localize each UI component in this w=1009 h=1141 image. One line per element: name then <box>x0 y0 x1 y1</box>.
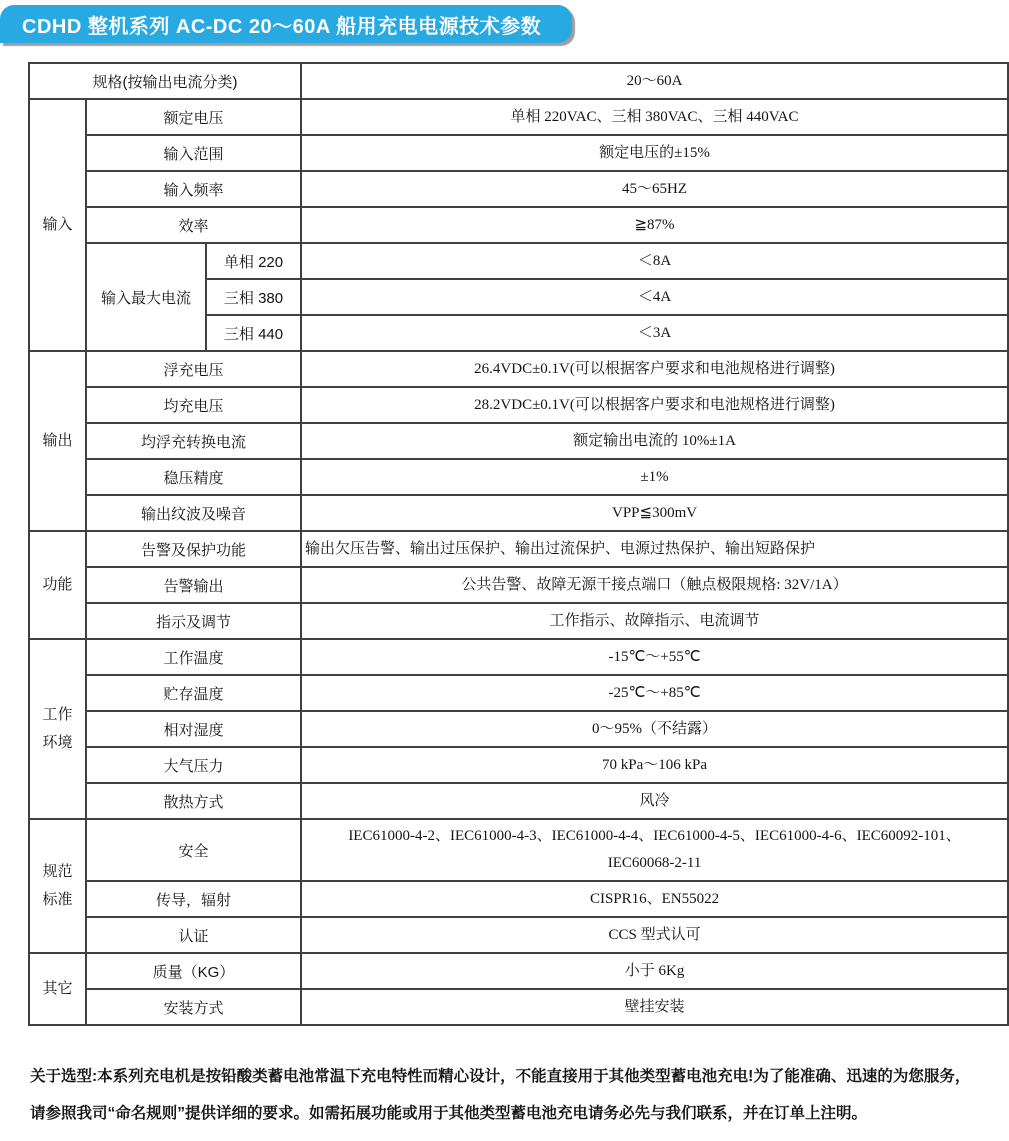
param-sublabel-cell: 单相 220 <box>206 243 301 279</box>
table-row: 安装方式壁挂安装 <box>29 989 1008 1025</box>
param-label-cell: 浮充电压 <box>86 351 301 387</box>
param-value-cell: -25℃～+85℃ <box>301 675 1008 711</box>
table-row: 均充电压28.2VDC±0.1V(可以根据客户要求和电池规格进行调整) <box>29 387 1008 423</box>
param-value-cell: 20～60A <box>301 63 1008 99</box>
param-value-cell: IEC61000-4-2、IEC61000-4-3、IEC61000-4-4、I… <box>301 819 1008 881</box>
param-label-cell: 安全 <box>86 819 301 881</box>
param-label-cell: 均浮充转换电流 <box>86 423 301 459</box>
param-value-cell: 45～65HZ <box>301 171 1008 207</box>
param-value-cell: VPP≦300mV <box>301 495 1008 531</box>
group-cell: 规范 标准 <box>29 819 86 953</box>
param-value-cell: 风冷 <box>301 783 1008 819</box>
param-value-cell: 额定电压的±15% <box>301 135 1008 171</box>
param-label-cell: 认证 <box>86 917 301 953</box>
param-value-cell: CCS 型式认可 <box>301 917 1008 953</box>
param-label-cell: 额定电压 <box>86 99 301 135</box>
page-title: CDHD 整机系列 AC-DC 20～60A 船用充电电源技术参数 <box>22 10 541 39</box>
footer-line-1: 关于选型:本系列充电机是按铅酸类蓄电池常温下充电特性而精心设计，不能直接用于其他… <box>30 1066 985 1088</box>
group-cell: 功能 <box>29 531 86 639</box>
param-label-cell: 均充电压 <box>86 387 301 423</box>
table-row: 认证CCS 型式认可 <box>29 917 1008 953</box>
param-label-cell: 贮存温度 <box>86 675 301 711</box>
param-label-cell: 输入范围 <box>86 135 301 171</box>
param-label-cell: 稳压精度 <box>86 459 301 495</box>
param-label-cell: 告警输出 <box>86 567 301 603</box>
spec-table: 规格(按输出电流分类)20～60A输入额定电压单相 220VAC、三相 380V… <box>28 62 1009 1026</box>
param-value-cell: 工作指示、故障指示、电流调节 <box>301 603 1008 639</box>
group-cell: 其它 <box>29 953 86 1025</box>
footer-line-2: 请参照我司“命名规则”提供详细的要求。如需拓展功能或用于其他类型蓄电池充电请务必… <box>30 1103 985 1125</box>
param-value-cell: ＜8A <box>301 243 1008 279</box>
table-row: 输入额定电压单相 220VAC、三相 380VAC、三相 440VAC <box>29 99 1008 135</box>
param-label-cell: 规格(按输出电流分类) <box>29 63 301 99</box>
param-label-cell: 传导，辐射 <box>86 881 301 917</box>
table-row: 指示及调节工作指示、故障指示、电流调节 <box>29 603 1008 639</box>
param-label-cell: 告警及保护功能 <box>86 531 301 567</box>
page: CDHD 整机系列 AC-DC 20～60A 船用充电电源技术参数 规格(按输出… <box>0 5 1009 1126</box>
table-row: 输出浮充电压26.4VDC±0.1V(可以根据客户要求和电池规格进行调整) <box>29 351 1008 387</box>
table-row: 散热方式风冷 <box>29 783 1008 819</box>
param-value-cell: ≧87% <box>301 207 1008 243</box>
param-value-cell: 28.2VDC±0.1V(可以根据客户要求和电池规格进行调整) <box>301 387 1008 423</box>
param-sublabel-cell: 三相 380 <box>206 279 301 315</box>
table-row: 相对湿度0～95%（不结露） <box>29 711 1008 747</box>
group-cell: 输入 <box>29 99 86 351</box>
param-value-cell: 0～95%（不结露） <box>301 711 1008 747</box>
param-label-cell: 工作温度 <box>86 639 301 675</box>
param-label-cell: 大气压力 <box>86 747 301 783</box>
table-row: 规范 标准安全IEC61000-4-2、IEC61000-4-3、IEC6100… <box>29 819 1008 881</box>
param-value-cell: ＜3A <box>301 315 1008 351</box>
table-row: 其它质量（KG）小于 6Kg <box>29 953 1008 989</box>
param-value-cell: 70 kPa～106 kPa <box>301 747 1008 783</box>
param-label-cell: 输入最大电流 <box>86 243 206 351</box>
param-value-cell: ＜4A <box>301 279 1008 315</box>
param-value-cell: -15℃～+55℃ <box>301 639 1008 675</box>
param-label-cell: 相对湿度 <box>86 711 301 747</box>
table-row: 均浮充转换电流额定输出电流的 10%±1A <box>29 423 1008 459</box>
param-label-cell: 安装方式 <box>86 989 301 1025</box>
table-row: 输入频率45～65HZ <box>29 171 1008 207</box>
param-label-cell: 指示及调节 <box>86 603 301 639</box>
param-value-cell: 额定输出电流的 10%±1A <box>301 423 1008 459</box>
param-value-cell: 公共告警、故障无源干接点端口（触点极限规格: 32V/1A） <box>301 567 1008 603</box>
table-row: 大气压力70 kPa～106 kPa <box>29 747 1008 783</box>
table-row: 稳压精度±1% <box>29 459 1008 495</box>
param-label-cell: 效率 <box>86 207 301 243</box>
param-value-cell: CISPR16、EN55022 <box>301 881 1008 917</box>
param-value-cell: 小于 6Kg <box>301 953 1008 989</box>
table-row: 告警输出公共告警、故障无源干接点端口（触点极限规格: 32V/1A） <box>29 567 1008 603</box>
table-row: 输出纹波及噪音VPP≦300mV <box>29 495 1008 531</box>
param-value-cell: ±1% <box>301 459 1008 495</box>
table-row: 输入范围额定电压的±15% <box>29 135 1008 171</box>
table-row: 贮存温度-25℃～+85℃ <box>29 675 1008 711</box>
table-row: 效率≧87% <box>29 207 1008 243</box>
param-label-cell: 输出纹波及噪音 <box>86 495 301 531</box>
spec-table-body: 规格(按输出电流分类)20～60A输入额定电压单相 220VAC、三相 380V… <box>29 63 1008 1025</box>
table-row: 规格(按输出电流分类)20～60A <box>29 63 1008 99</box>
param-sublabel-cell: 三相 440 <box>206 315 301 351</box>
table-row: 输入最大电流单相 220＜8A <box>29 243 1008 279</box>
group-cell: 工作 环境 <box>29 639 86 819</box>
param-value-cell: 输出欠压告警、输出过压保护、输出过流保护、电源过热保护、输出短路保护 <box>301 531 1008 567</box>
table-row: 工作 环境工作温度-15℃～+55℃ <box>29 639 1008 675</box>
param-label-cell: 散热方式 <box>86 783 301 819</box>
param-value-cell: 壁挂安装 <box>301 989 1008 1025</box>
param-label-cell: 质量（KG） <box>86 953 301 989</box>
param-label-cell: 输入频率 <box>86 171 301 207</box>
table-row: 传导，辐射CISPR16、EN55022 <box>29 881 1008 917</box>
table-row: 功能告警及保护功能输出欠压告警、输出过压保护、输出过流保护、电源过热保护、输出短… <box>29 531 1008 567</box>
param-value-cell: 26.4VDC±0.1V(可以根据客户要求和电池规格进行调整) <box>301 351 1008 387</box>
param-value-cell: 单相 220VAC、三相 380VAC、三相 440VAC <box>301 99 1008 135</box>
title-banner: CDHD 整机系列 AC-DC 20～60A 船用充电电源技术参数 <box>0 5 572 43</box>
group-cell: 输出 <box>29 351 86 531</box>
